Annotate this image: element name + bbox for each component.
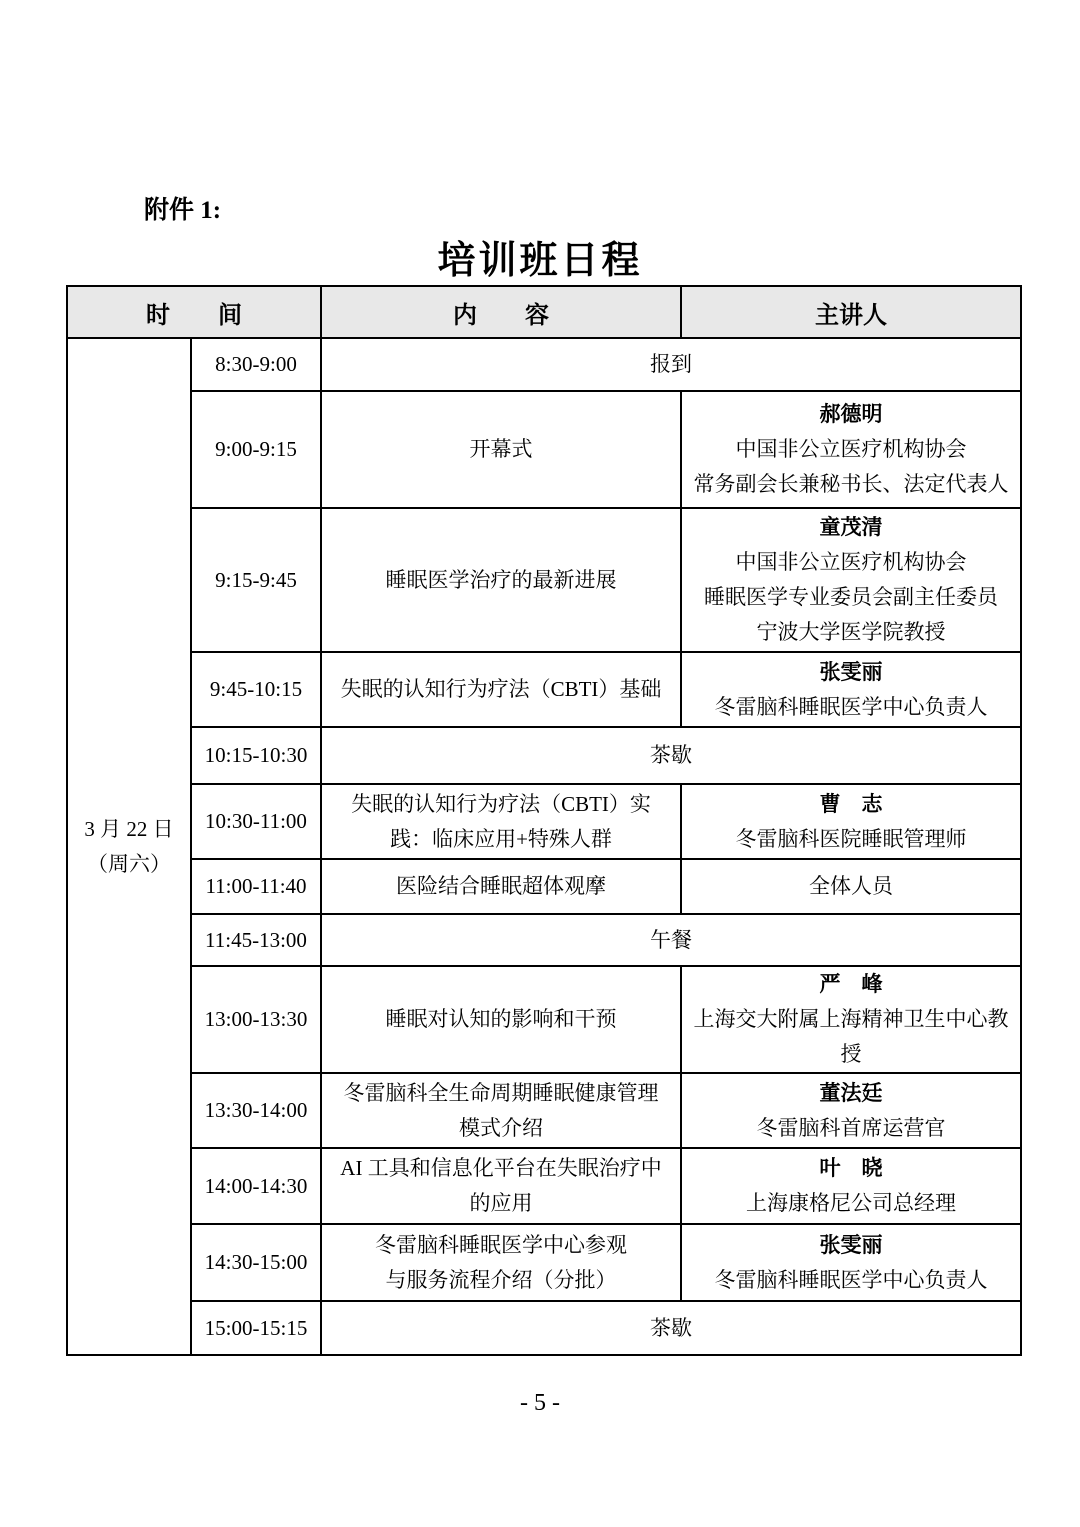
- content-cell: 失眠的认知行为疗法（CBTI）基础: [321, 652, 681, 727]
- content-line: 睡眠对认知的影响和干预: [324, 1002, 678, 1037]
- speaker-cell: 张雯丽 冬雷脑科睡眠医学中心负责人: [681, 1224, 1021, 1301]
- time-cell: 11:45-13:00: [191, 914, 321, 966]
- col-header-content: 内 容: [321, 286, 681, 338]
- schedule-row: 14:00-14:30 AI 工具和信息化平台在失眠治疗中 的应用 叶 晓 上海…: [67, 1148, 1021, 1224]
- content-cell: 冬雷脑科睡眠医学中心参观 与服务流程介绍（分批）: [321, 1224, 681, 1301]
- time-cell: 9:00-9:15: [191, 391, 321, 508]
- content-line: 开幕式: [324, 432, 678, 467]
- time-cell: 11:00-11:40: [191, 859, 321, 914]
- content-line: 失眠的认知行为疗法（CBTI）实: [324, 787, 678, 822]
- schedule-row: 10:30-11:00 失眠的认知行为疗法（CBTI）实 践：临床应用+特殊人群…: [67, 784, 1021, 859]
- speaker-name: 张雯丽: [684, 655, 1018, 690]
- schedule-row: 11:00-11:40 医险结合睡眠超体观摩 全体人员: [67, 859, 1021, 914]
- content-line: 医险结合睡眠超体观摩: [324, 869, 678, 904]
- speaker-cell: 全体人员: [681, 859, 1021, 914]
- content-cell: 开幕式: [321, 391, 681, 508]
- schedule-row: 10:15-10:30 茶歇: [67, 727, 1021, 784]
- time-cell: 14:30-15:00: [191, 1224, 321, 1301]
- speaker-name: 叶 晓: [684, 1151, 1018, 1186]
- content-cell: 睡眠医学治疗的最新进展: [321, 508, 681, 652]
- content-cell: 睡眠对认知的影响和干预: [321, 966, 681, 1073]
- schedule-row: 14:30-15:00 冬雷脑科睡眠医学中心参观 与服务流程介绍（分批） 张雯丽…: [67, 1224, 1021, 1301]
- speaker-name: 童茂清: [684, 510, 1018, 545]
- speaker-title: 冬雷脑科睡眠医学中心负责人: [684, 690, 1018, 725]
- time-cell: 13:00-13:30: [191, 966, 321, 1073]
- content-line: 失眠的认知行为疗法（CBTI）基础: [324, 672, 678, 707]
- time-cell: 10:30-11:00: [191, 784, 321, 859]
- schedule-row: 11:45-13:00 午餐: [67, 914, 1021, 966]
- date-cell: 3 月 22 日 （周六）: [67, 338, 191, 1355]
- speaker-title: 宁波大学医学院教授: [684, 615, 1018, 650]
- speaker-cell: 严 峰 上海交大附属上海精神卫生中心教授: [681, 966, 1021, 1073]
- activity-cell: 报到: [321, 338, 1021, 391]
- speaker-title: 冬雷脑科医院睡眠管理师: [684, 822, 1018, 857]
- speaker-title: 全体人员: [684, 869, 1018, 904]
- content-cell: AI 工具和信息化平台在失眠治疗中 的应用: [321, 1148, 681, 1224]
- speaker-name: 郝德明: [684, 397, 1018, 432]
- speaker-title: 冬雷脑科睡眠医学中心负责人: [684, 1263, 1018, 1298]
- col-header-speaker: 主讲人: [681, 286, 1021, 338]
- time-cell: 10:15-10:30: [191, 727, 321, 784]
- schedule-row: 13:00-13:30 睡眠对认知的影响和干预 严 峰 上海交大附属上海精神卫生…: [67, 966, 1021, 1073]
- time-cell: 9:15-9:45: [191, 508, 321, 652]
- speaker-cell: 郝德明 中国非公立医疗机构协会 常务副会长兼秘书长、法定代表人: [681, 391, 1021, 508]
- speaker-title: 上海康格尼公司总经理: [684, 1186, 1018, 1221]
- time-cell: 8:30-9:00: [191, 338, 321, 391]
- schedule-row: 9:00-9:15 开幕式 郝德明 中国非公立医疗机构协会 常务副会长兼秘书长、…: [67, 391, 1021, 508]
- speaker-name: 曹 志: [684, 787, 1018, 822]
- speaker-title: 上海交大附属上海精神卫生中心教授: [684, 1002, 1018, 1072]
- content-line: 冬雷脑科睡眠医学中心参观: [324, 1228, 678, 1263]
- speaker-cell: 张雯丽 冬雷脑科睡眠医学中心负责人: [681, 652, 1021, 727]
- page-number: - 5 -: [0, 1390, 1080, 1417]
- content-cell: 冬雷脑科全生命周期睡眠健康管理 模式介绍: [321, 1073, 681, 1148]
- speaker-cell: 叶 晓 上海康格尼公司总经理: [681, 1148, 1021, 1224]
- time-cell: 9:45-10:15: [191, 652, 321, 727]
- schedule-row: 3 月 22 日 （周六） 8:30-9:00 报到: [67, 338, 1021, 391]
- time-cell: 14:00-14:30: [191, 1148, 321, 1224]
- content-line: 睡眠医学治疗的最新进展: [324, 563, 678, 598]
- date-line-2: （周六）: [70, 847, 188, 882]
- document-page: 附件 1: 培训班日程 时 间 内 容 主讲人 3 月 22 日 （周六） 8:…: [0, 0, 1080, 1527]
- speaker-name: 张雯丽: [684, 1228, 1018, 1263]
- header-row: 时 间 内 容 主讲人: [67, 286, 1021, 338]
- speaker-cell: 董法廷 冬雷脑科首席运营官: [681, 1073, 1021, 1148]
- content-line: 与服务流程介绍（分批）: [324, 1263, 678, 1298]
- attachment-label: 附件 1:: [144, 190, 221, 226]
- content-line: 践：临床应用+特殊人群: [324, 822, 678, 857]
- schedule-table: 时 间 内 容 主讲人 3 月 22 日 （周六） 8:30-9:00 报到 9…: [66, 285, 1022, 1356]
- activity-cell: 午餐: [321, 914, 1021, 966]
- speaker-title: 常务副会长兼秘书长、法定代表人: [684, 467, 1018, 502]
- speaker-title: 中国非公立医疗机构协会: [684, 432, 1018, 467]
- activity-cell: 茶歇: [321, 727, 1021, 784]
- speaker-cell: 童茂清 中国非公立医疗机构协会 睡眠医学专业委员会副主任委员 宁波大学医学院教授: [681, 508, 1021, 652]
- content-line: AI 工具和信息化平台在失眠治疗中: [324, 1151, 678, 1186]
- page-title: 培训班日程: [0, 229, 1080, 284]
- speaker-title: 中国非公立医疗机构协会: [684, 545, 1018, 580]
- content-line: 的应用: [324, 1186, 678, 1221]
- schedule-row: 9:15-9:45 睡眠医学治疗的最新进展 童茂清 中国非公立医疗机构协会 睡眠…: [67, 508, 1021, 652]
- time-cell: 13:30-14:00: [191, 1073, 321, 1148]
- speaker-name: 严 峰: [684, 967, 1018, 1002]
- col-header-time: 时 间: [67, 286, 321, 338]
- content-line: 冬雷脑科全生命周期睡眠健康管理: [324, 1076, 678, 1111]
- activity-cell: 茶歇: [321, 1301, 1021, 1355]
- schedule-row: 9:45-10:15 失眠的认知行为疗法（CBTI）基础 张雯丽 冬雷脑科睡眠医…: [67, 652, 1021, 727]
- schedule-row: 13:30-14:00 冬雷脑科全生命周期睡眠健康管理 模式介绍 董法廷 冬雷脑…: [67, 1073, 1021, 1148]
- speaker-cell: 曹 志 冬雷脑科医院睡眠管理师: [681, 784, 1021, 859]
- speaker-title: 睡眠医学专业委员会副主任委员: [684, 580, 1018, 615]
- content-cell: 医险结合睡眠超体观摩: [321, 859, 681, 914]
- content-line: 模式介绍: [324, 1111, 678, 1146]
- schedule-row: 15:00-15:15 茶歇: [67, 1301, 1021, 1355]
- speaker-title: 冬雷脑科首席运营官: [684, 1111, 1018, 1146]
- date-line-1: 3 月 22 日: [70, 812, 188, 847]
- time-cell: 15:00-15:15: [191, 1301, 321, 1355]
- speaker-name: 董法廷: [684, 1076, 1018, 1111]
- content-cell: 失眠的认知行为疗法（CBTI）实 践：临床应用+特殊人群: [321, 784, 681, 859]
